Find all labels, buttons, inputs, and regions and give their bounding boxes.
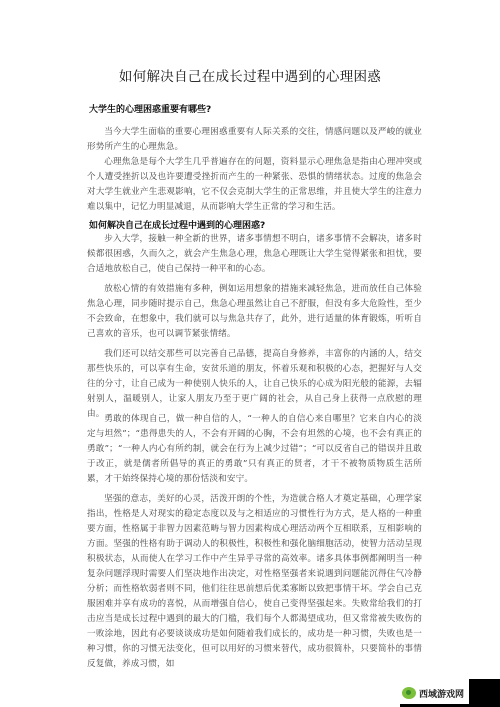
section-heading: 大学生的心理困惑重要有哪些? [89, 102, 211, 115]
paragraph: 心理焦急是每个大学生几乎普遍存在的问题，资料显示心理焦急是指由心理冲突或个人遭受… [87, 155, 422, 215]
paragraph: 步入大学，接触一种全新的世界，诸多事情想不明白，诸多事情不会解决，诸多时候都很困… [87, 232, 422, 277]
document-title: 如何解决自己在成长过程中遇到的心理困惑 [0, 65, 500, 85]
paragraph: 勇敢的体现自己，做一种自信的人，“一种人的自信心来自哪里？它来自内心的淡定与坦然… [87, 412, 422, 487]
watermark-block [469, 679, 500, 707]
document-page: 如何解决自己在成长过程中遇到的心理困惑 大学生的心理困惑重要有哪些? 当今大学生… [0, 0, 500, 707]
section-heading: 如何解决自己在成长过程中遇到的心理困惑? [89, 218, 265, 231]
site-watermark: 西域游戏网 [400, 679, 500, 707]
site-logo-icon [402, 687, 416, 699]
paragraph: 当今大学生面临的重要心理困惑重要有人际关系的交往，情感问题以及严峻的就业形势所产… [87, 125, 422, 155]
paragraph: 放松心情的有效措施有多种，例如运用想象的措施来减轻焦急，进而放任自己体验焦急心理… [87, 282, 422, 342]
watermark-text: 西域游戏网 [419, 687, 464, 700]
paragraph: 坚强的意志，美好的心灵，活泼开朗的个性，为造就合格人才奠定基础，心理学家指出，性… [87, 492, 422, 672]
paragraph: 我们还可以结交那些可以完善自己品德，提高自身修养，丰富你的内涵的人，结交那些快乐… [87, 347, 422, 422]
